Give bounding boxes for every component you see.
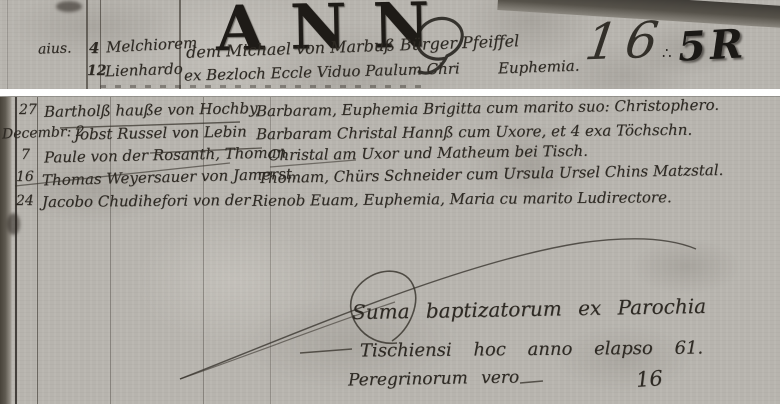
entry-text-left: Paule von der Rosanth, Thoman — [44, 143, 287, 166]
entry-text-right: Barbaram Christal Hannß cum Uxore, et 4 … — [256, 121, 692, 144]
summary-line-2: Tischiensi hoc anno elapso 61. — [360, 338, 703, 362]
header-name: Melchiorem — [106, 34, 198, 57]
header-entry-tail: Euphemia. — [498, 57, 580, 78]
entry-day: Decembr: 2 — [2, 124, 85, 143]
column-rule — [110, 97, 111, 404]
entry-day: 24 — [16, 193, 34, 209]
summary-line-3-value: 16 — [635, 366, 663, 392]
summary-line-3-label: Peregrinorum vero — [348, 368, 520, 391]
header-month: aius. — [38, 40, 72, 57]
year-mark-flourish: 5R — [677, 20, 748, 71]
entry-text-left: Jacobo Chudihefori von der — [42, 191, 251, 211]
entry-day: 7 — [21, 147, 30, 163]
register-strip: 27 Bartholß hauße von Hochby, Barbaram, … — [0, 96, 780, 404]
ink-blot — [7, 213, 20, 235]
header-strip: ANN 16 ∴ 5R aius. 4 Melchiorem dem Micha… — [0, 0, 780, 89]
entry-text-left: Bartholß hauße von Hochby, — [44, 99, 261, 121]
header-day: 4 — [89, 39, 99, 57]
summary-line-1: Suma baptizatorum ex Parochia — [352, 294, 706, 324]
register-scan: ANN 16 ∴ 5R aius. 4 Melchiorem dem Micha… — [0, 0, 780, 404]
entry-text-right: Christal am Uxor und Matheum bei Tisch. — [268, 142, 588, 164]
book-binding-edge — [0, 97, 12, 404]
header-day: 12 — [87, 63, 106, 79]
entry-text-left: Jobst Russel von Lebin — [74, 122, 247, 143]
column-rule — [7, 0, 8, 89]
entry-text-right: Barbaram, Euphemia Brigitta cum marito s… — [256, 96, 719, 120]
column-rule — [203, 97, 204, 404]
column-rule — [15, 97, 17, 404]
year-mark-16: 16 — [582, 11, 670, 72]
cut-off-line-fragment — [100, 85, 430, 88]
entry-day: 27 — [19, 102, 37, 118]
entry-day: 16 — [16, 169, 34, 185]
ink-blot — [56, 1, 82, 12]
column-rule — [37, 97, 38, 404]
entry-text-right: Rienob Euam, Euphemia, Maria cu marito L… — [252, 188, 672, 210]
entry-text-right: Thomam, Chürs Schneider cum Ursula Ursel… — [258, 161, 724, 187]
header-name: Lienhardo — [105, 60, 183, 81]
year-dots: ∴ — [662, 44, 672, 62]
